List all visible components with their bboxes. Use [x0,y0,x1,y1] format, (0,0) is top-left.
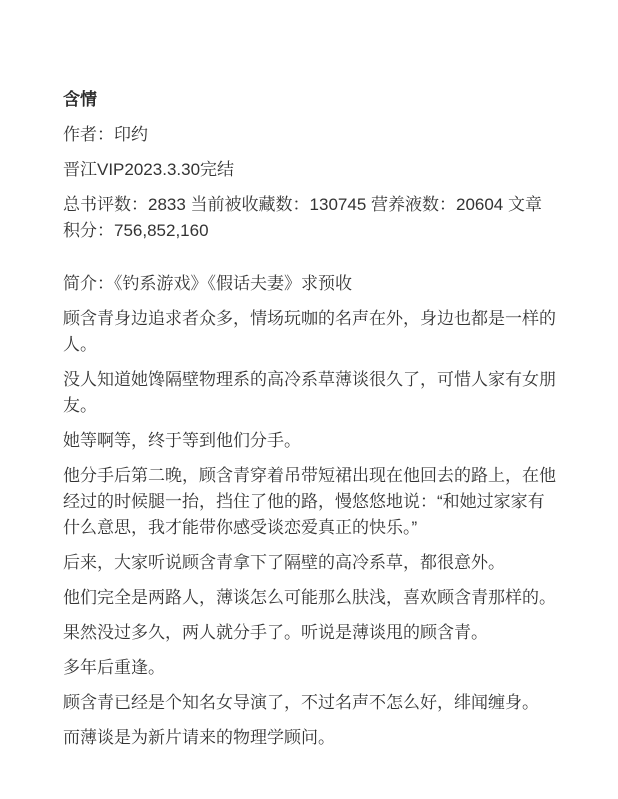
author-line: 作者：印约 [63,122,557,148]
synopsis-paragraph: 而薄谈是为新片请来的物理学顾问。 [63,725,557,751]
synopsis-paragraph: 果然没过多久，两人就分手了。听说是薄谈甩的顾含青。 [63,620,557,646]
synopsis-paragraph: 后来，大家听说顾含青拿下了隔壁的高冷系草，都很意外。 [63,550,557,576]
synopsis-paragraph: 顾含青已经是个知名女导演了，不过名声不怎么好，绯闻缠身。 [63,690,557,716]
synopsis-paragraph: 他分手后第二晚，顾含青穿着吊带短裙出现在他回去的路上，在他经过的时候腿一抬，挡住… [63,463,557,541]
intro-line: 简介：《钓系游戏》《假话夫妻》求预收 [63,271,557,297]
synopsis-paragraph: 他们完全是两路人，薄谈怎么可能那么肤浅，喜欢顾含青那样的。 [63,585,557,611]
synopsis-paragraph: 顾含青身边追求者众多，情场玩咖的名声在外，身边也都是一样的人。 [63,306,557,358]
stats-line: 总书评数：2833 当前被收藏数：130745 营养液数：20604 文章积分：… [63,192,557,244]
book-title: 含情 [63,87,557,113]
synopsis-paragraph: 没人知道她馋隔壁物理系的高冷系草薄谈很久了，可惜人家有女朋友。 [63,367,557,419]
vip-status-line: 晋江VIP2023.3.30完结 [63,157,557,183]
synopsis-paragraph: 多年后重逢。 [63,655,557,681]
novel-info-page: 含情 作者：印约 晋江VIP2023.3.30完结 总书评数：2833 当前被收… [0,0,618,751]
synopsis-paragraph: 她等啊等，终于等到他们分手。 [63,428,557,454]
